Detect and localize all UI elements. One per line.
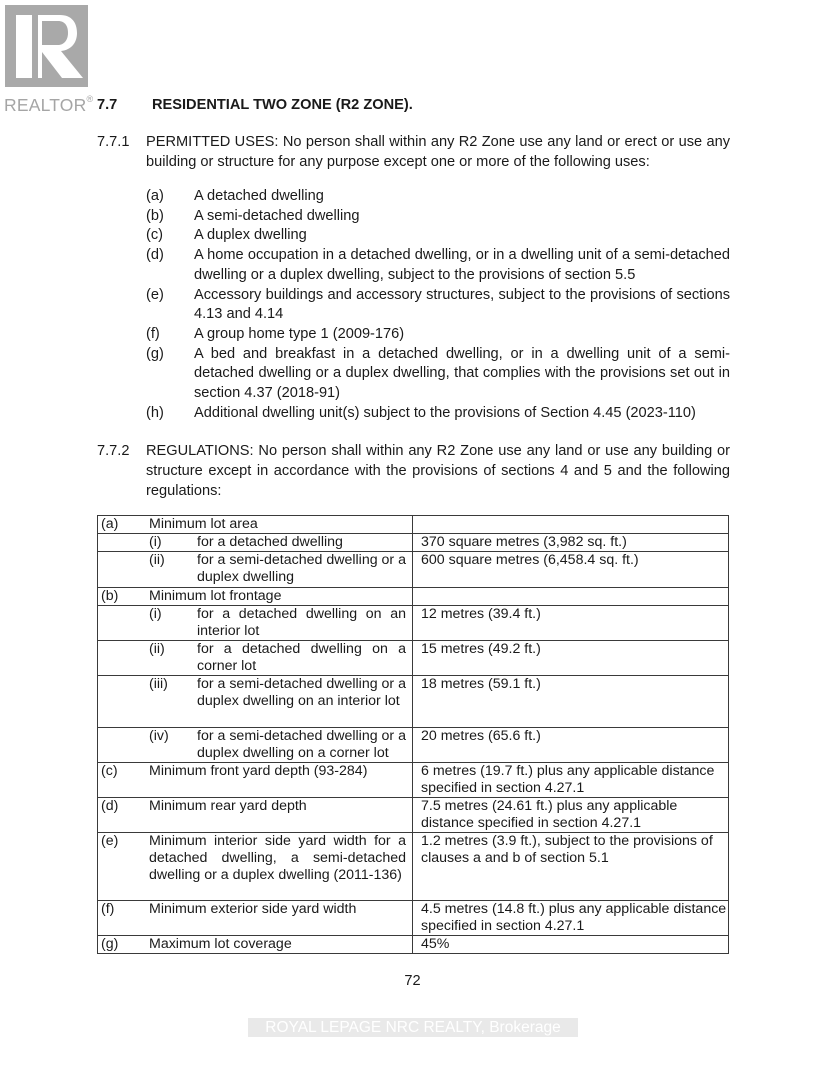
regulation-description-cell: (d)Minimum rear yard depth (98, 798, 413, 833)
table-row: (g)Maximum lot coverage45% (98, 936, 729, 954)
table-row: (i)for a detached dwelling on an interio… (98, 606, 729, 641)
table-row: (f)Minimum exterior side yard width4.5 m… (98, 901, 729, 936)
regulation-description-cell: (b)Minimum lot frontage (98, 588, 413, 606)
table-row: (e)Minimum interior side yard width for … (98, 833, 729, 901)
regulation-text: Minimum lot area (149, 516, 412, 533)
permitted-uses-number: 7.7.1 (97, 132, 129, 152)
regulation-value-cell: 20 metres (65.6 ft.) (413, 728, 729, 763)
list-item-label: (a) (146, 187, 194, 207)
regulation-text: Minimum exterior side yard width (149, 901, 412, 918)
list-item-label: (c) (146, 226, 194, 246)
regulation-description-cell: (i)for a detached dwelling (98, 534, 413, 552)
table-row: (b)Minimum lot frontage (98, 588, 729, 606)
list-item-text: Additional dwelling unit(s) subject to t… (194, 404, 730, 424)
section-number: 7.7 (97, 96, 117, 114)
regulation-description-cell: (a)Minimum lot area (98, 516, 413, 534)
table-row: (iii)for a semi-detached dwelling or a d… (98, 676, 729, 728)
table-row: (iv)for a semi-detached dwelling or a du… (98, 728, 729, 763)
regulations-number: 7.7.2 (97, 441, 129, 461)
regulation-label (98, 676, 149, 710)
regulation-text: for a detached dwelling on an interior l… (197, 606, 412, 640)
list-item-label: (d) (146, 246, 194, 285)
realtor-r-logo-icon (5, 5, 88, 87)
regulation-text: for a semi-detached dwelling or a duplex… (197, 728, 412, 762)
page-number: 72 (0, 973, 825, 989)
list-item-label: (e) (146, 286, 194, 325)
regulation-text: Minimum front yard depth (93-284) (149, 763, 412, 780)
regulation-value-cell: 600 square metres (6,458.4 sq. ft.) (413, 552, 729, 588)
regulation-value-cell: 7.5 metres (24.61 ft.) plus any applicab… (413, 798, 729, 833)
regulation-text: Minimum lot frontage (149, 588, 412, 605)
regulation-description-cell: (f)Minimum exterior side yard width (98, 901, 413, 936)
table-row: (ii)for a semi-detached dwelling or a du… (98, 552, 729, 588)
regulation-description-cell: (c)Minimum front yard depth (93-284) (98, 763, 413, 798)
list-item-text: A duplex dwelling (194, 226, 730, 246)
regulation-sub-label: (ii) (149, 552, 197, 586)
regulation-text: Minimum rear yard depth (149, 798, 412, 815)
regulation-value-cell: 15 metres (49.2 ft.) (413, 641, 729, 676)
regulation-label (98, 641, 149, 675)
list-item: (g)A bed and breakfast in a detached dwe… (146, 345, 730, 404)
table-row: (c)Minimum front yard depth (93-284)6 me… (98, 763, 729, 798)
regulation-value-cell: 370 square metres (3,982 sq. ft.) (413, 534, 729, 552)
regulation-sub-label: (ii) (149, 641, 197, 675)
regulation-sub-label: (i) (149, 534, 197, 551)
regulation-description-cell: (e)Minimum interior side yard width for … (98, 833, 413, 901)
regulation-description-cell: (iii)for a semi-detached dwelling or a d… (98, 676, 413, 728)
regulation-text: for a semi-detached dwelling or a duplex… (197, 676, 412, 710)
regulation-description-cell: (iv)for a semi-detached dwelling or a du… (98, 728, 413, 763)
list-item: (d)A home occupation in a detached dwell… (146, 246, 730, 285)
regulation-value-cell: 12 metres (39.4 ft.) (413, 606, 729, 641)
regulation-label: (f) (98, 901, 149, 918)
section-title: RESIDENTIAL TWO ZONE (R2 ZONE). (152, 96, 413, 114)
list-item: (c)A duplex dwelling (146, 226, 730, 246)
regulation-description-cell: (i)for a detached dwelling on an interio… (98, 606, 413, 641)
regulation-value-cell: 4.5 metres (14.8 ft.) plus any applicabl… (413, 901, 729, 936)
regulation-label: (a) (98, 516, 149, 533)
brokerage-watermark: ROYAL LEPAGE NRC REALTY, Brokerage (248, 1018, 578, 1037)
regulations-table: (a)Minimum lot area(i)for a detached dwe… (97, 515, 729, 954)
permitted-uses-text: PERMITTED USES: No person shall within a… (146, 132, 730, 172)
regulation-label (98, 534, 149, 551)
regulation-label (98, 552, 149, 586)
list-item: (h)Additional dwelling unit(s) subject t… (146, 404, 730, 424)
regulations-text: REGULATIONS: No person shall within any … (146, 441, 730, 501)
list-item-text: A detached dwelling (194, 187, 730, 207)
regulation-label: (g) (98, 936, 149, 953)
table-row: (a)Minimum lot area (98, 516, 729, 534)
regulation-value-cell (413, 516, 729, 534)
list-item-text: A home occupation in a detached dwelling… (194, 246, 730, 285)
list-item-text: A bed and breakfast in a detached dwelli… (194, 345, 730, 404)
regulation-sub-label: (i) (149, 606, 197, 640)
regulation-label: (e) (98, 833, 149, 884)
regulation-value-cell: 6 metres (19.7 ft.) plus any applicable … (413, 763, 729, 798)
regulation-value-cell: 45% (413, 936, 729, 954)
regulation-description-cell: (ii)for a detached dwelling on a corner … (98, 641, 413, 676)
regulation-value-cell (413, 588, 729, 606)
list-item-text: A group home type 1 (2009-176) (194, 325, 730, 345)
regulation-text: for a semi-detached dwelling or a duplex… (197, 552, 412, 586)
list-item-label: (h) (146, 404, 194, 424)
regulation-label (98, 606, 149, 640)
list-item: (f)A group home type 1 (2009-176) (146, 325, 730, 345)
list-item-label: (b) (146, 207, 194, 227)
regulation-value-cell: 18 metres (59.1 ft.) (413, 676, 729, 728)
list-item-text: A semi-detached dwelling (194, 207, 730, 227)
regulation-sub-label: (iii) (149, 676, 197, 710)
list-item-label: (f) (146, 325, 194, 345)
regulation-description-cell: (ii)for a semi-detached dwelling or a du… (98, 552, 413, 588)
trademark-symbol: ® (86, 94, 93, 104)
list-item-label: (g) (146, 345, 194, 404)
regulation-text: for a detached dwelling (197, 534, 412, 551)
table-row: (d)Minimum rear yard depth7.5 metres (24… (98, 798, 729, 833)
list-item-text: Accessory buildings and accessory struct… (194, 286, 730, 325)
regulation-text: Maximum lot coverage (149, 936, 412, 953)
table-row: (ii)for a detached dwelling on a corner … (98, 641, 729, 676)
regulation-text: for a detached dwelling on a corner lot (197, 641, 412, 675)
regulation-label: (c) (98, 763, 149, 780)
permitted-uses-list: (a)A detached dwelling(b)A semi-detached… (146, 187, 730, 423)
realtor-wordmark: REALTOR® (4, 91, 93, 115)
regulation-label: (b) (98, 588, 149, 605)
table-row: (i)for a detached dwelling370 square met… (98, 534, 729, 552)
regulation-text: Minimum interior side yard width for a d… (149, 833, 412, 884)
realtor-brand-text: REALTOR (4, 95, 86, 115)
regulation-label: (d) (98, 798, 149, 815)
list-item: (a)A detached dwelling (146, 187, 730, 207)
list-item: (e)Accessory buildings and accessory str… (146, 286, 730, 325)
regulation-label (98, 728, 149, 762)
regulation-sub-label: (iv) (149, 728, 197, 762)
list-item: (b)A semi-detached dwelling (146, 207, 730, 227)
regulation-value-cell: 1.2 metres (3.9 ft.), subject to the pro… (413, 833, 729, 901)
regulation-description-cell: (g)Maximum lot coverage (98, 936, 413, 954)
